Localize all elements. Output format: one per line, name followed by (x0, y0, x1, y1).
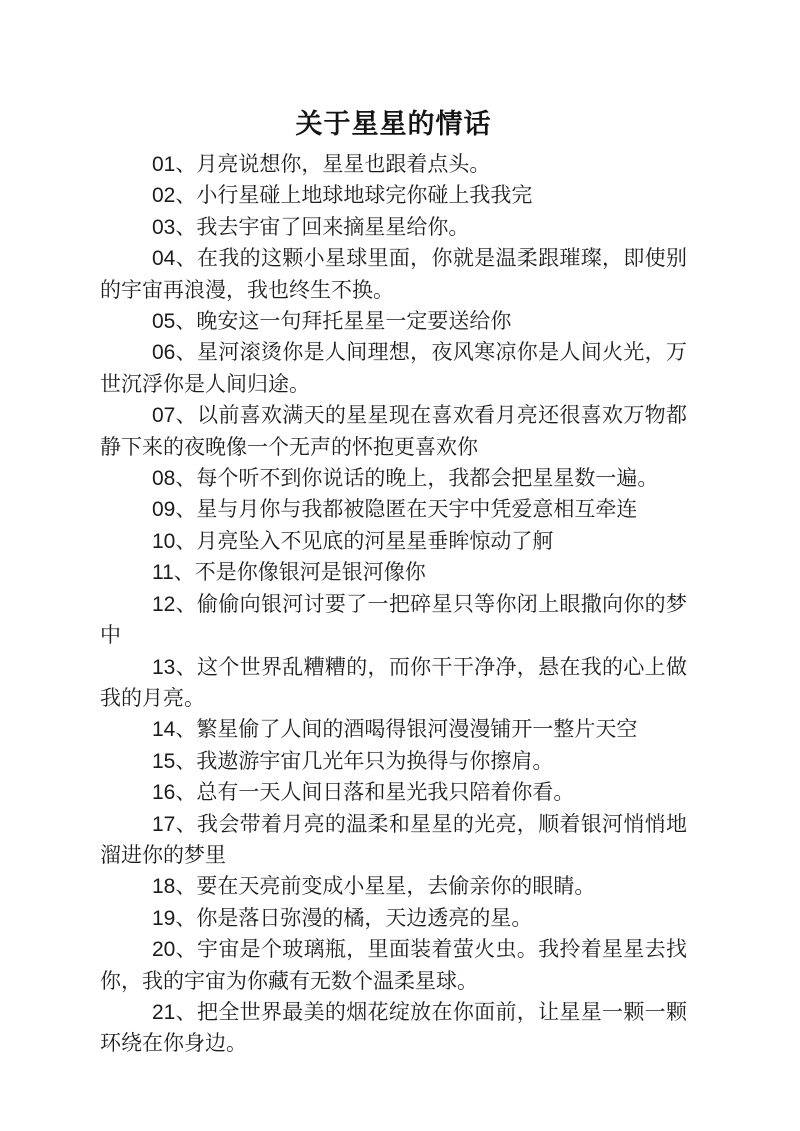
quote-item-19: 19、你是落日弥漫的橘，天边透亮的星。 (100, 903, 687, 934)
quote-item-15: 15、我遨游宇宙几光年只为换得与你擦肩。 (100, 746, 687, 777)
quote-item-16: 16、总有一天人间日落和星光我只陪着你看。 (100, 777, 687, 808)
quote-item-21: 21、把全世界最美的烟花绽放在你面前，让星星一颗一颗环绕在你身边。 (100, 997, 687, 1060)
quote-item-17: 17、我会带着月亮的温柔和星星的光亮，顺着银河悄悄地溜进你的梦里 (100, 809, 687, 872)
quote-item-02: 02、小行星碰上地球地球完你碰上我我完 (100, 180, 687, 211)
quote-item-06: 06、星河滚烫你是人间理想，夜风寒凉你是人间火光，万世沉浮你是人间归途。 (100, 337, 687, 400)
document-page: 关于星星的情话 01、月亮说想你，星星也跟着点头。 02、小行星碰上地球地球完你… (0, 0, 800, 1131)
quote-item-09: 09、星与月你与我都被隐匿在天宇中凭爱意相互牵连 (100, 494, 687, 525)
quote-item-08: 08、每个听不到你说话的晚上，我都会把星星数一遍。 (100, 463, 687, 494)
quote-item-20: 20、宇宙是个玻璃瓶，里面装着萤火虫。我拎着星星去找你，我的宇宙为你藏有无数个温… (100, 934, 687, 997)
document-title: 关于星星的情话 (100, 106, 687, 142)
quote-item-14: 14、繁星偷了人间的酒喝得银河漫漫铺开一整片天空 (100, 714, 687, 745)
quote-item-03: 03、我去宇宙了回来摘星星给你。 (100, 212, 687, 243)
quote-item-18: 18、要在天亮前变成小星星，去偷亲你的眼睛。 (100, 871, 687, 902)
quote-item-05: 05、晚安这一句拜托星星一定要送给你 (100, 306, 687, 337)
quote-item-12: 12、偷偷向银河讨要了一把碎星只等你闭上眼撒向你的梦中 (100, 589, 687, 652)
quote-item-13: 13、这个世界乱糟糟的，而你干干净净，悬在我的心上做我的月亮。 (100, 652, 687, 715)
quote-item-01: 01、月亮说想你，星星也跟着点头。 (100, 149, 687, 180)
quote-item-11: 11、不是你像银河是银河像你 (100, 557, 687, 588)
quote-item-10: 10、月亮坠入不见底的河星星垂眸惊动了舸 (100, 526, 687, 557)
quote-item-04: 04、在我的这颗小星球里面，你就是温柔跟璀璨，即使别的宇宙再浪漫，我也终生不换。 (100, 243, 687, 306)
quote-item-07: 07、以前喜欢满天的星星现在喜欢看月亮还很喜欢万物都静下来的夜晚像一个无声的怀抱… (100, 400, 687, 463)
